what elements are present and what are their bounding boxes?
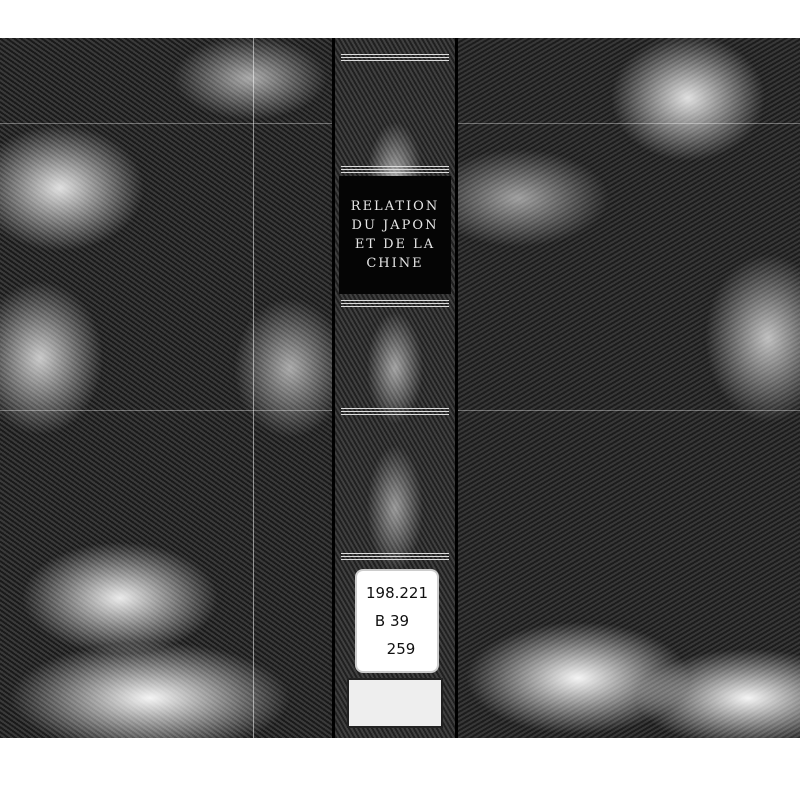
spine-band-ornament	[341, 408, 449, 416]
fold-line	[253, 38, 254, 738]
spine-title-line: ET DE LA	[355, 236, 435, 253]
spine-title-line: DU JAPON	[352, 217, 439, 234]
spine-title-line: RELATION	[351, 198, 439, 215]
front-cover-board	[458, 38, 800, 738]
spine-band-ornament	[341, 54, 449, 62]
book-spine: RELATION DU JAPON ET DE LA CHINE 198.221…	[332, 38, 458, 738]
spine-bottom-ticket	[347, 678, 443, 728]
spine-band-ornament	[341, 166, 449, 174]
call-number-item: 259	[387, 640, 416, 658]
spine-band-ornament	[341, 553, 449, 561]
book-cover-scan: RELATION DU JAPON ET DE LA CHINE 198.221…	[0, 38, 800, 738]
call-number-label: 198.221 B 39 259	[355, 569, 439, 673]
spine-band-ornament	[341, 300, 449, 308]
spine-title-line: CHINE	[366, 255, 423, 272]
call-number-class: 198.221	[366, 584, 428, 602]
spine-title-label: RELATION DU JAPON ET DE LA CHINE	[339, 176, 451, 294]
back-cover-board	[0, 38, 332, 738]
call-number-cutter: B 39	[375, 612, 409, 630]
